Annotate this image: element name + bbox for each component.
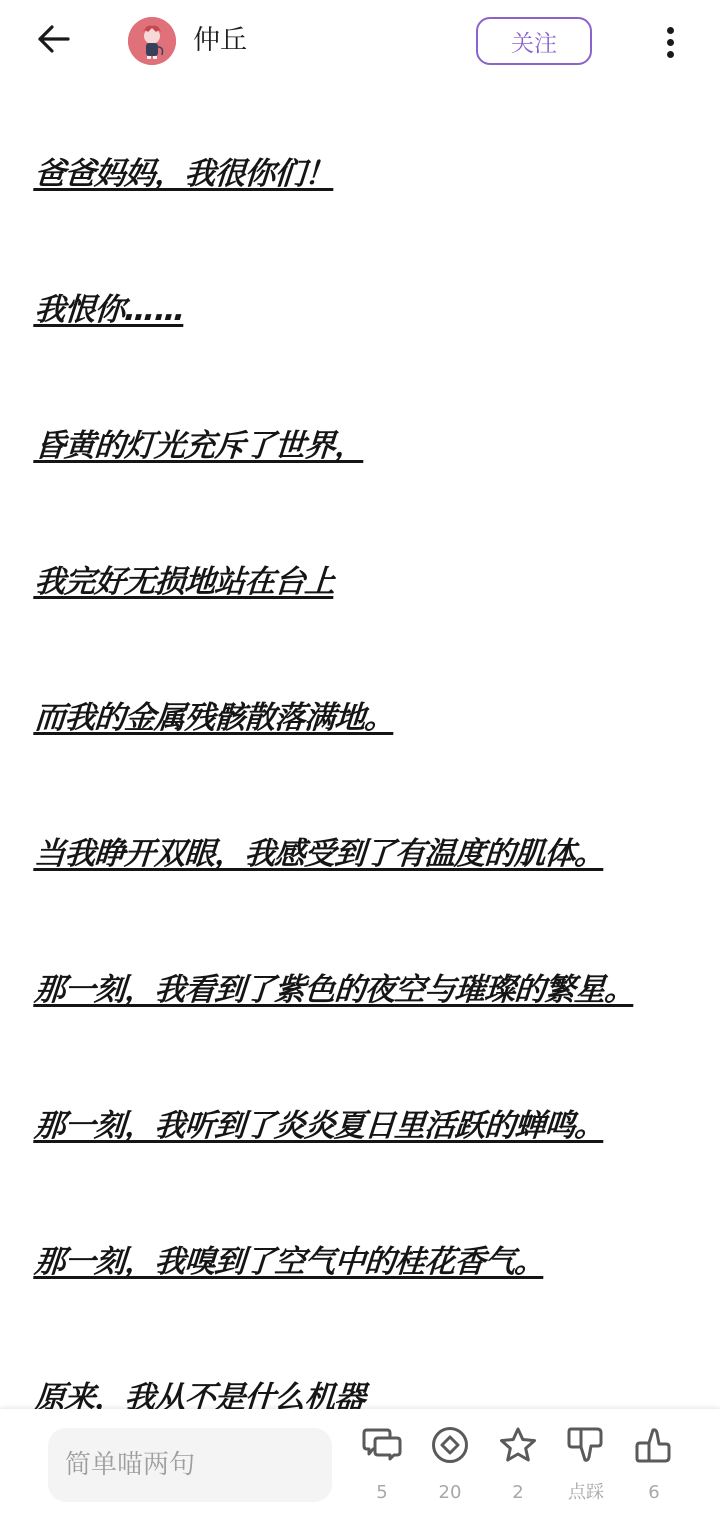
article-line: 原来，我从不是什么机器 — [33, 1378, 366, 1410]
dislike-button[interactable]: 点踩 — [554, 1425, 618, 1511]
arrow-left-icon — [36, 24, 70, 58]
back-button[interactable] — [32, 22, 74, 60]
favorite-button[interactable]: 2 — [486, 1425, 550, 1511]
coin-icon — [430, 1425, 470, 1465]
like-count: 6 — [648, 1483, 659, 1503]
article-line: 昏黄的灯光充斥了世界， — [33, 426, 366, 466]
more-vertical-icon — [667, 27, 674, 34]
star-icon — [498, 1425, 538, 1465]
favorite-count: 2 — [512, 1483, 523, 1503]
top-bar: 仲丘 关注 — [0, 0, 720, 84]
more-options-button[interactable] — [652, 20, 688, 64]
comment-button[interactable]: 5 — [350, 1425, 414, 1511]
more-vertical-icon-dot — [667, 51, 674, 58]
author-name[interactable]: 仲丘 — [193, 22, 247, 60]
comment-input[interactable] — [48, 1428, 332, 1502]
article-line: 那一刻，我看到了紫色的夜空与璀璨的繁星。 — [33, 970, 636, 1010]
chat-bubbles-icon — [362, 1425, 402, 1465]
follow-button[interactable]: 关注 — [476, 17, 592, 65]
comment-count: 5 — [376, 1483, 387, 1503]
thumbs-down-icon — [566, 1425, 606, 1465]
avatar[interactable] — [128, 17, 176, 65]
article-line: 爸爸妈妈，我很你们！ — [33, 154, 336, 194]
dislike-label: 点踩 — [568, 1483, 604, 1503]
article-line: 那一刻，我嗅到了空气中的桂花香气。 — [33, 1242, 546, 1282]
article-line: 当我睁开双眼，我感受到了有温度的肌体。 — [33, 834, 606, 874]
bottom-action-bar: 5 20 2 点踩 — [0, 1409, 720, 1521]
article-line: 那一刻，我听到了炎炎夏日里活跃的蝉鸣。 — [33, 1106, 606, 1146]
article-body[interactable]: 爸爸妈妈，我很你们！ 我恨你…… 昏黄的灯光充斥了世界， 我完好无损地站在台上 … — [0, 0, 720, 1410]
article-line: 而我的金属残骸散落满地。 — [33, 698, 396, 738]
article-line: 我完好无损地站在台上 — [33, 562, 336, 602]
more-vertical-icon-dot — [667, 39, 674, 46]
article-page: 爸爸妈妈，我很你们！ 我恨你…… 昏黄的灯光充斥了世界， 我完好无损地站在台上 … — [0, 0, 720, 1521]
thumbs-up-icon — [634, 1425, 674, 1465]
coin-button[interactable]: 20 — [418, 1425, 482, 1511]
avatar-image — [128, 17, 176, 65]
like-button[interactable]: 6 — [622, 1425, 686, 1511]
article-line: 我恨你…… — [33, 290, 186, 330]
coin-count: 20 — [439, 1483, 462, 1503]
